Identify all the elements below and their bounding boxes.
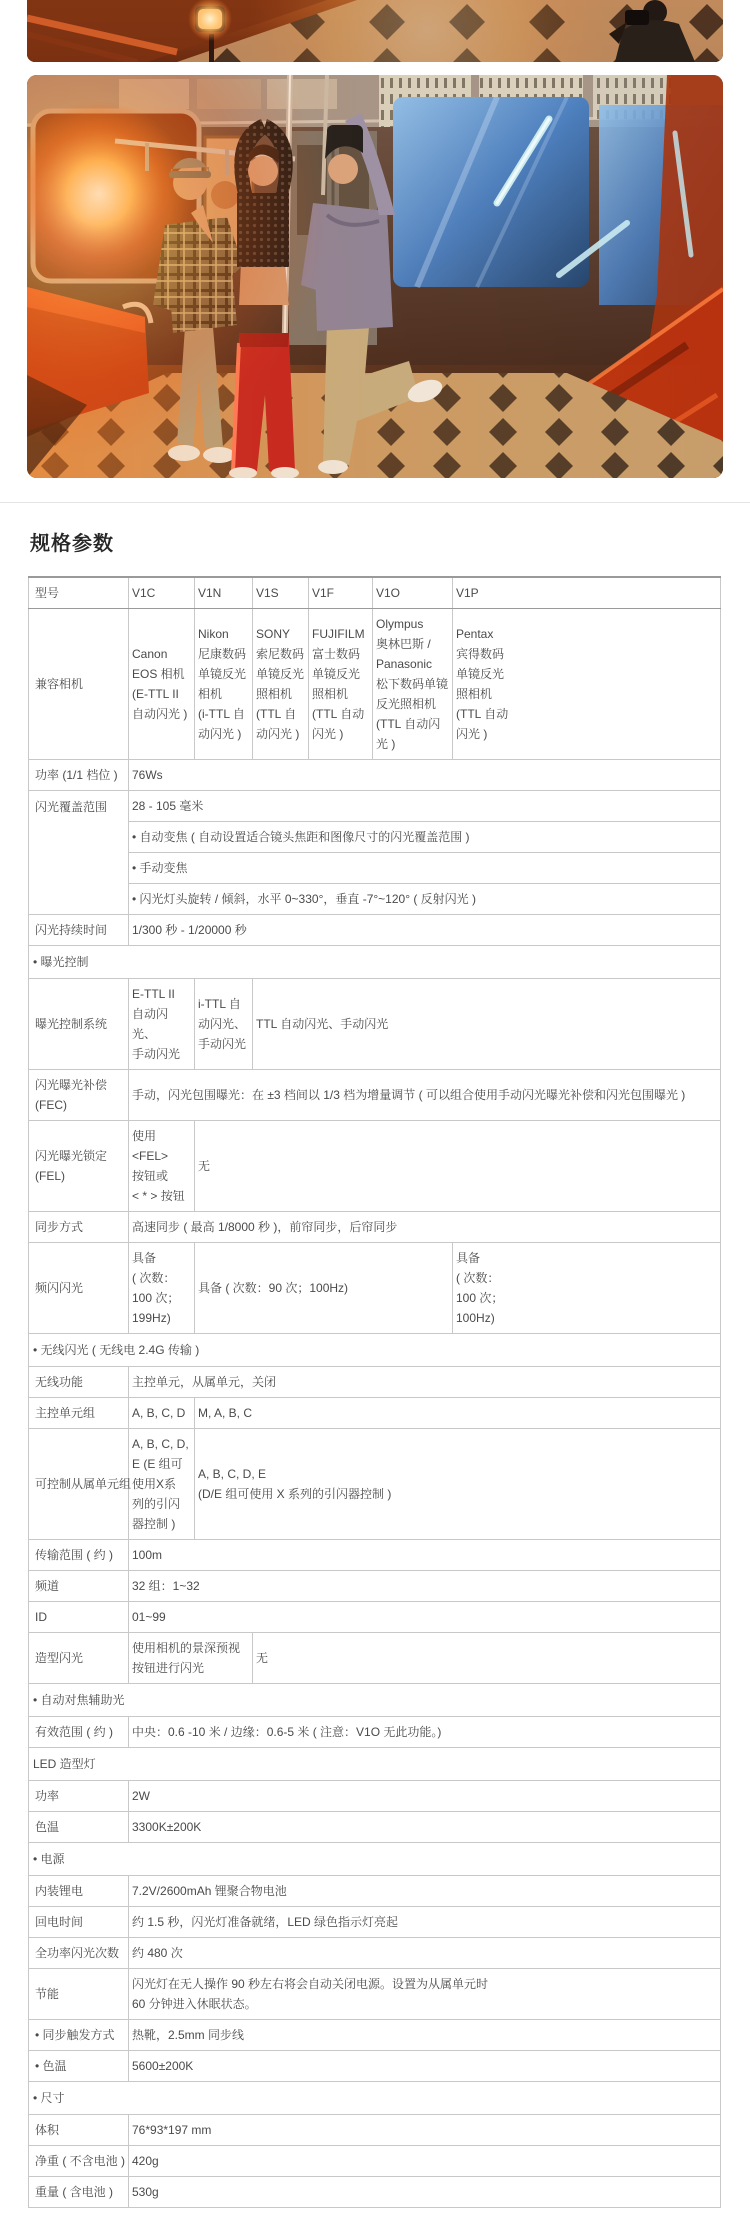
spec-value: i-TTL 自 动闪光、 手动闪光	[195, 979, 253, 1070]
spec-value: 32 组：1~32	[129, 1571, 721, 1602]
spec-value: 5600±200K	[129, 2051, 721, 2082]
spec-value: • 自动变焦 ( 自动设置适合镜头焦距和图像尺寸的闪光覆盖范围 )	[129, 822, 721, 853]
spec-row: 可控制从属单元组A, B, C, D, E (E 组可 使用X系 列的引闪 器控…	[29, 1429, 721, 1540]
model-header-v1p: V1P	[453, 577, 721, 609]
spec-value: 闪光灯在无人操作 90 秒左右将会自动关闭电源。设置为从属单元时 60 分钟进入…	[129, 1969, 721, 2020]
spec-row: 全功率闪光次数约 480 次	[29, 1938, 721, 1969]
spec-label: 同步方式	[29, 1212, 129, 1243]
spec-row: • 色温5600±200K	[29, 2051, 721, 2082]
spec-row: 体积76*93*197 mm	[29, 2115, 721, 2146]
spec-row: 节能闪光灯在无人操作 90 秒左右将会自动关闭电源。设置为从属单元时 60 分钟…	[29, 1969, 721, 2020]
section-label: • 尺寸	[29, 2082, 721, 2115]
section-label: • 曝光控制	[29, 946, 721, 979]
spec-label: 功率 (1/1 档位 )	[29, 760, 129, 791]
spec-value: 热靴，2.5mm 同步线	[129, 2020, 721, 2051]
section-label: LED 造型灯	[29, 1748, 721, 1781]
spec-row: ID01~99	[29, 1602, 721, 1633]
spec-row: 重量 ( 含电池 )530g	[29, 2177, 721, 2208]
spec-value: A, B, C, D, E (E 组可 使用X系 列的引闪 器控制 )	[129, 1429, 195, 1540]
spec-value: 7.2V/2600mAh 锂聚合物电池	[129, 1876, 721, 1907]
spec-value: SONY 索尼数码 单镜反光 照相机 (TTL 自 动闪光 )	[253, 609, 309, 760]
spec-row: 频道32 组：1~32	[29, 1571, 721, 1602]
spec-row: 曝光控制系统E-TTL II 自动闪光、 手动闪光i-TTL 自 动闪光、 手动…	[29, 979, 721, 1070]
spec-value: Canon EOS 相机 (E-TTL II 自动闪光 )	[129, 609, 195, 760]
spec-value: FUJIFILM 富士数码 单镜反光 照相机 (TTL 自动 闪光 )	[309, 609, 373, 760]
spec-value: 具备 ( 次数：90 次；100Hz)	[195, 1243, 453, 1334]
spec-row: 闪光持续时间1/300 秒 - 1/20000 秒	[29, 915, 721, 946]
spec-label: 兼容相机	[29, 609, 129, 760]
spec-label: 无线功能	[29, 1367, 129, 1398]
spec-row: 回电时间约 1.5 秒，闪光灯准备就绪，LED 绿色指示灯亮起	[29, 1907, 721, 1938]
product-detail-page: 规格参数 型号V1CV1NV1SV1FV1OV1P兼容相机Canon EOS 相…	[0, 0, 750, 2221]
model-header-v1o: V1O	[373, 577, 453, 609]
spec-label: 主控单元组	[29, 1398, 129, 1429]
spec-label: 闪光曝光锁定 (FEL)	[29, 1121, 129, 1212]
spec-row: • 自动变焦 ( 自动设置适合镜头焦距和图像尺寸的闪光覆盖范围 )	[29, 822, 721, 853]
spec-row: 传输范围 ( 约 )100m	[29, 1540, 721, 1571]
section-divider	[0, 502, 750, 503]
spec-row: 频闪闪光具备 ( 次数： 100 次； 199Hz)具备 ( 次数：90 次；1…	[29, 1243, 721, 1334]
section-row: LED 造型灯	[29, 1748, 721, 1781]
spec-label: 节能	[29, 1969, 129, 2020]
spec-value: 约 480 次	[129, 1938, 721, 1969]
spec-value: 使用相机的景深预视 按钮进行闪光	[129, 1633, 253, 1684]
spec-label: • 色温	[29, 2051, 129, 2082]
section-row: • 无线闪光 ( 无线电 2.4G 传输 )	[29, 1334, 721, 1367]
section-label: • 自动对焦辅助光	[29, 1684, 721, 1717]
spec-label: 功率	[29, 1781, 129, 1812]
spec-row: 兼容相机Canon EOS 相机 (E-TTL II 自动闪光 )Nikon 尼…	[29, 609, 721, 760]
section-row: • 尺寸	[29, 2082, 721, 2115]
section-row: • 自动对焦辅助光	[29, 1684, 721, 1717]
spec-label: 可控制从属单元组	[29, 1429, 129, 1540]
section-label: • 电源	[29, 1843, 721, 1876]
spec-value: 具备 ( 次数： 100 次； 199Hz)	[129, 1243, 195, 1334]
spec-label: 闪光持续时间	[29, 915, 129, 946]
spec-value: 约 1.5 秒，闪光灯准备就绪，LED 绿色指示灯亮起	[129, 1907, 721, 1938]
spec-label: 体积	[29, 2115, 129, 2146]
section-row: • 电源	[29, 1843, 721, 1876]
spec-value: E-TTL II 自动闪光、 手动闪光	[129, 979, 195, 1070]
spec-value: Olympus 奥林巴斯 / Panasonic 松下数码单镜 反光照相机 (T…	[373, 609, 453, 760]
spec-label: 造型闪光	[29, 1633, 129, 1684]
spec-table: 型号V1CV1NV1SV1FV1OV1P兼容相机Canon EOS 相机 (E-…	[28, 576, 721, 2208]
spec-header-row: 型号V1CV1NV1SV1FV1OV1P	[29, 577, 721, 609]
spec-value: 28 - 105 毫米	[129, 791, 721, 822]
spec-value: • 闪光灯头旋转 / 倾斜，水平 0~330°，垂直 -7°~120° ( 反射…	[129, 884, 721, 915]
spec-value: 无	[253, 1633, 721, 1684]
spec-value: 具备 ( 次数： 100 次； 100Hz)	[453, 1243, 721, 1334]
model-header-v1c: V1C	[129, 577, 195, 609]
model-header-v1s: V1S	[253, 577, 309, 609]
spec-value: 无	[195, 1121, 721, 1212]
spec-row: 功率 (1/1 档位 )76Ws	[29, 760, 721, 791]
spec-row: 无线功能主控单元，从属单元，关闭	[29, 1367, 721, 1398]
spec-row: • 闪光灯头旋转 / 倾斜，水平 0~330°，垂直 -7°~120° ( 反射…	[29, 884, 721, 915]
spec-value: 100m	[129, 1540, 721, 1571]
spec-row: • 手动变焦	[29, 853, 721, 884]
spec-value: • 手动变焦	[129, 853, 721, 884]
spec-label: 闪光曝光补偿 (FEC)	[29, 1070, 129, 1121]
studio-scene-illustration	[27, 0, 723, 62]
spec-value: M, A, B, C	[195, 1398, 721, 1429]
spec-row: • 同步触发方式热靴，2.5mm 同步线	[29, 2020, 721, 2051]
spec-value: 3300K±200K	[129, 1812, 721, 1843]
spec-table-body: 型号V1CV1NV1SV1FV1OV1P兼容相机Canon EOS 相机 (E-…	[29, 577, 721, 2208]
specs-section-title: 规格参数	[30, 527, 114, 556]
spec-label: 净重 ( 不含电池 )	[29, 2146, 129, 2177]
spec-row: 主控单元组A, B, C, DM, A, B, C	[29, 1398, 721, 1429]
spec-label: 频道	[29, 1571, 129, 1602]
spec-value: A, B, C, D	[129, 1398, 195, 1429]
spec-label: 频闪闪光	[29, 1243, 129, 1334]
spec-value: Nikon 尼康数码 单镜反光 相机 (i-TTL 自 动闪光 )	[195, 609, 253, 760]
section-label: • 无线闪光 ( 无线电 2.4G 传输 )	[29, 1334, 721, 1367]
spec-row: 闪光曝光锁定 (FEL)使用 <FEL> 按钮或 < * > 按钮无	[29, 1121, 721, 1212]
spec-value: 01~99	[129, 1602, 721, 1633]
spec-label: 有效范围 ( 约 )	[29, 1717, 129, 1748]
spec-label: 回电时间	[29, 1907, 129, 1938]
spec-label: 曝光控制系统	[29, 979, 129, 1070]
spec-label: ID	[29, 1602, 129, 1633]
spec-label: • 同步触发方式	[29, 2020, 129, 2051]
spec-value: 高速同步 ( 最高 1/8000 秒 )，前帘同步，后帘同步	[129, 1212, 721, 1243]
hero-photo-main	[27, 75, 723, 478]
spec-value: 使用 <FEL> 按钮或 < * > 按钮	[129, 1121, 195, 1212]
spec-row: 内装锂电7.2V/2600mAh 锂聚合物电池	[29, 1876, 721, 1907]
spec-value: 530g	[129, 2177, 721, 2208]
spec-label: 传输范围 ( 约 )	[29, 1540, 129, 1571]
spec-row: 色温3300K±200K	[29, 1812, 721, 1843]
spec-value: TTL 自动闪光、手动闪光	[253, 979, 721, 1070]
spec-label: 重量 ( 含电池 )	[29, 2177, 129, 2208]
section-row: • 曝光控制	[29, 946, 721, 979]
spec-value: 手动，闪光包围曝光：在 ±3 档间以 1/3 档为增量调节 ( 可以组合使用手动…	[129, 1070, 721, 1121]
spec-value: 1/300 秒 - 1/20000 秒	[129, 915, 721, 946]
spec-row: 同步方式高速同步 ( 最高 1/8000 秒 )，前帘同步，后帘同步	[29, 1212, 721, 1243]
spec-label: 全功率闪光次数	[29, 1938, 129, 1969]
model-header-v1f: V1F	[309, 577, 373, 609]
spec-row: 功率2W	[29, 1781, 721, 1812]
spec-value: 76Ws	[129, 760, 721, 791]
spec-value: 420g	[129, 2146, 721, 2177]
spec-value: 76*93*197 mm	[129, 2115, 721, 2146]
spec-label: 闪光覆盖范围	[29, 791, 129, 915]
spec-label: 内装锂电	[29, 1876, 129, 1907]
spec-header-label: 型号	[29, 577, 129, 609]
spec-value: 中央：0.6 -10 米 / 边缘：0.6-5 米 ( 注意：V1O 无此功能。…	[129, 1717, 721, 1748]
spec-value: Pentax 宾得数码 单镜反光 照相机 (TTL 自动 闪光 )	[453, 609, 721, 760]
spec-row: 造型闪光使用相机的景深预视 按钮进行闪光无	[29, 1633, 721, 1684]
spec-row: 有效范围 ( 约 )中央：0.6 -10 米 / 边缘：0.6-5 米 ( 注意…	[29, 1717, 721, 1748]
train-scene-illustration	[27, 75, 723, 478]
model-header-v1n: V1N	[195, 577, 253, 609]
hero-photo-top	[27, 0, 723, 62]
spec-row: 闪光覆盖范围28 - 105 毫米	[29, 791, 721, 822]
spec-value: 2W	[129, 1781, 721, 1812]
spec-row: 净重 ( 不含电池 )420g	[29, 2146, 721, 2177]
spec-value: 主控单元，从属单元，关闭	[129, 1367, 721, 1398]
spec-label: 色温	[29, 1812, 129, 1843]
spec-row: 闪光曝光补偿 (FEC)手动，闪光包围曝光：在 ±3 档间以 1/3 档为增量调…	[29, 1070, 721, 1121]
spec-value: A, B, C, D, E (D/E 组可使用 X 系列的引闪器控制 )	[195, 1429, 721, 1540]
